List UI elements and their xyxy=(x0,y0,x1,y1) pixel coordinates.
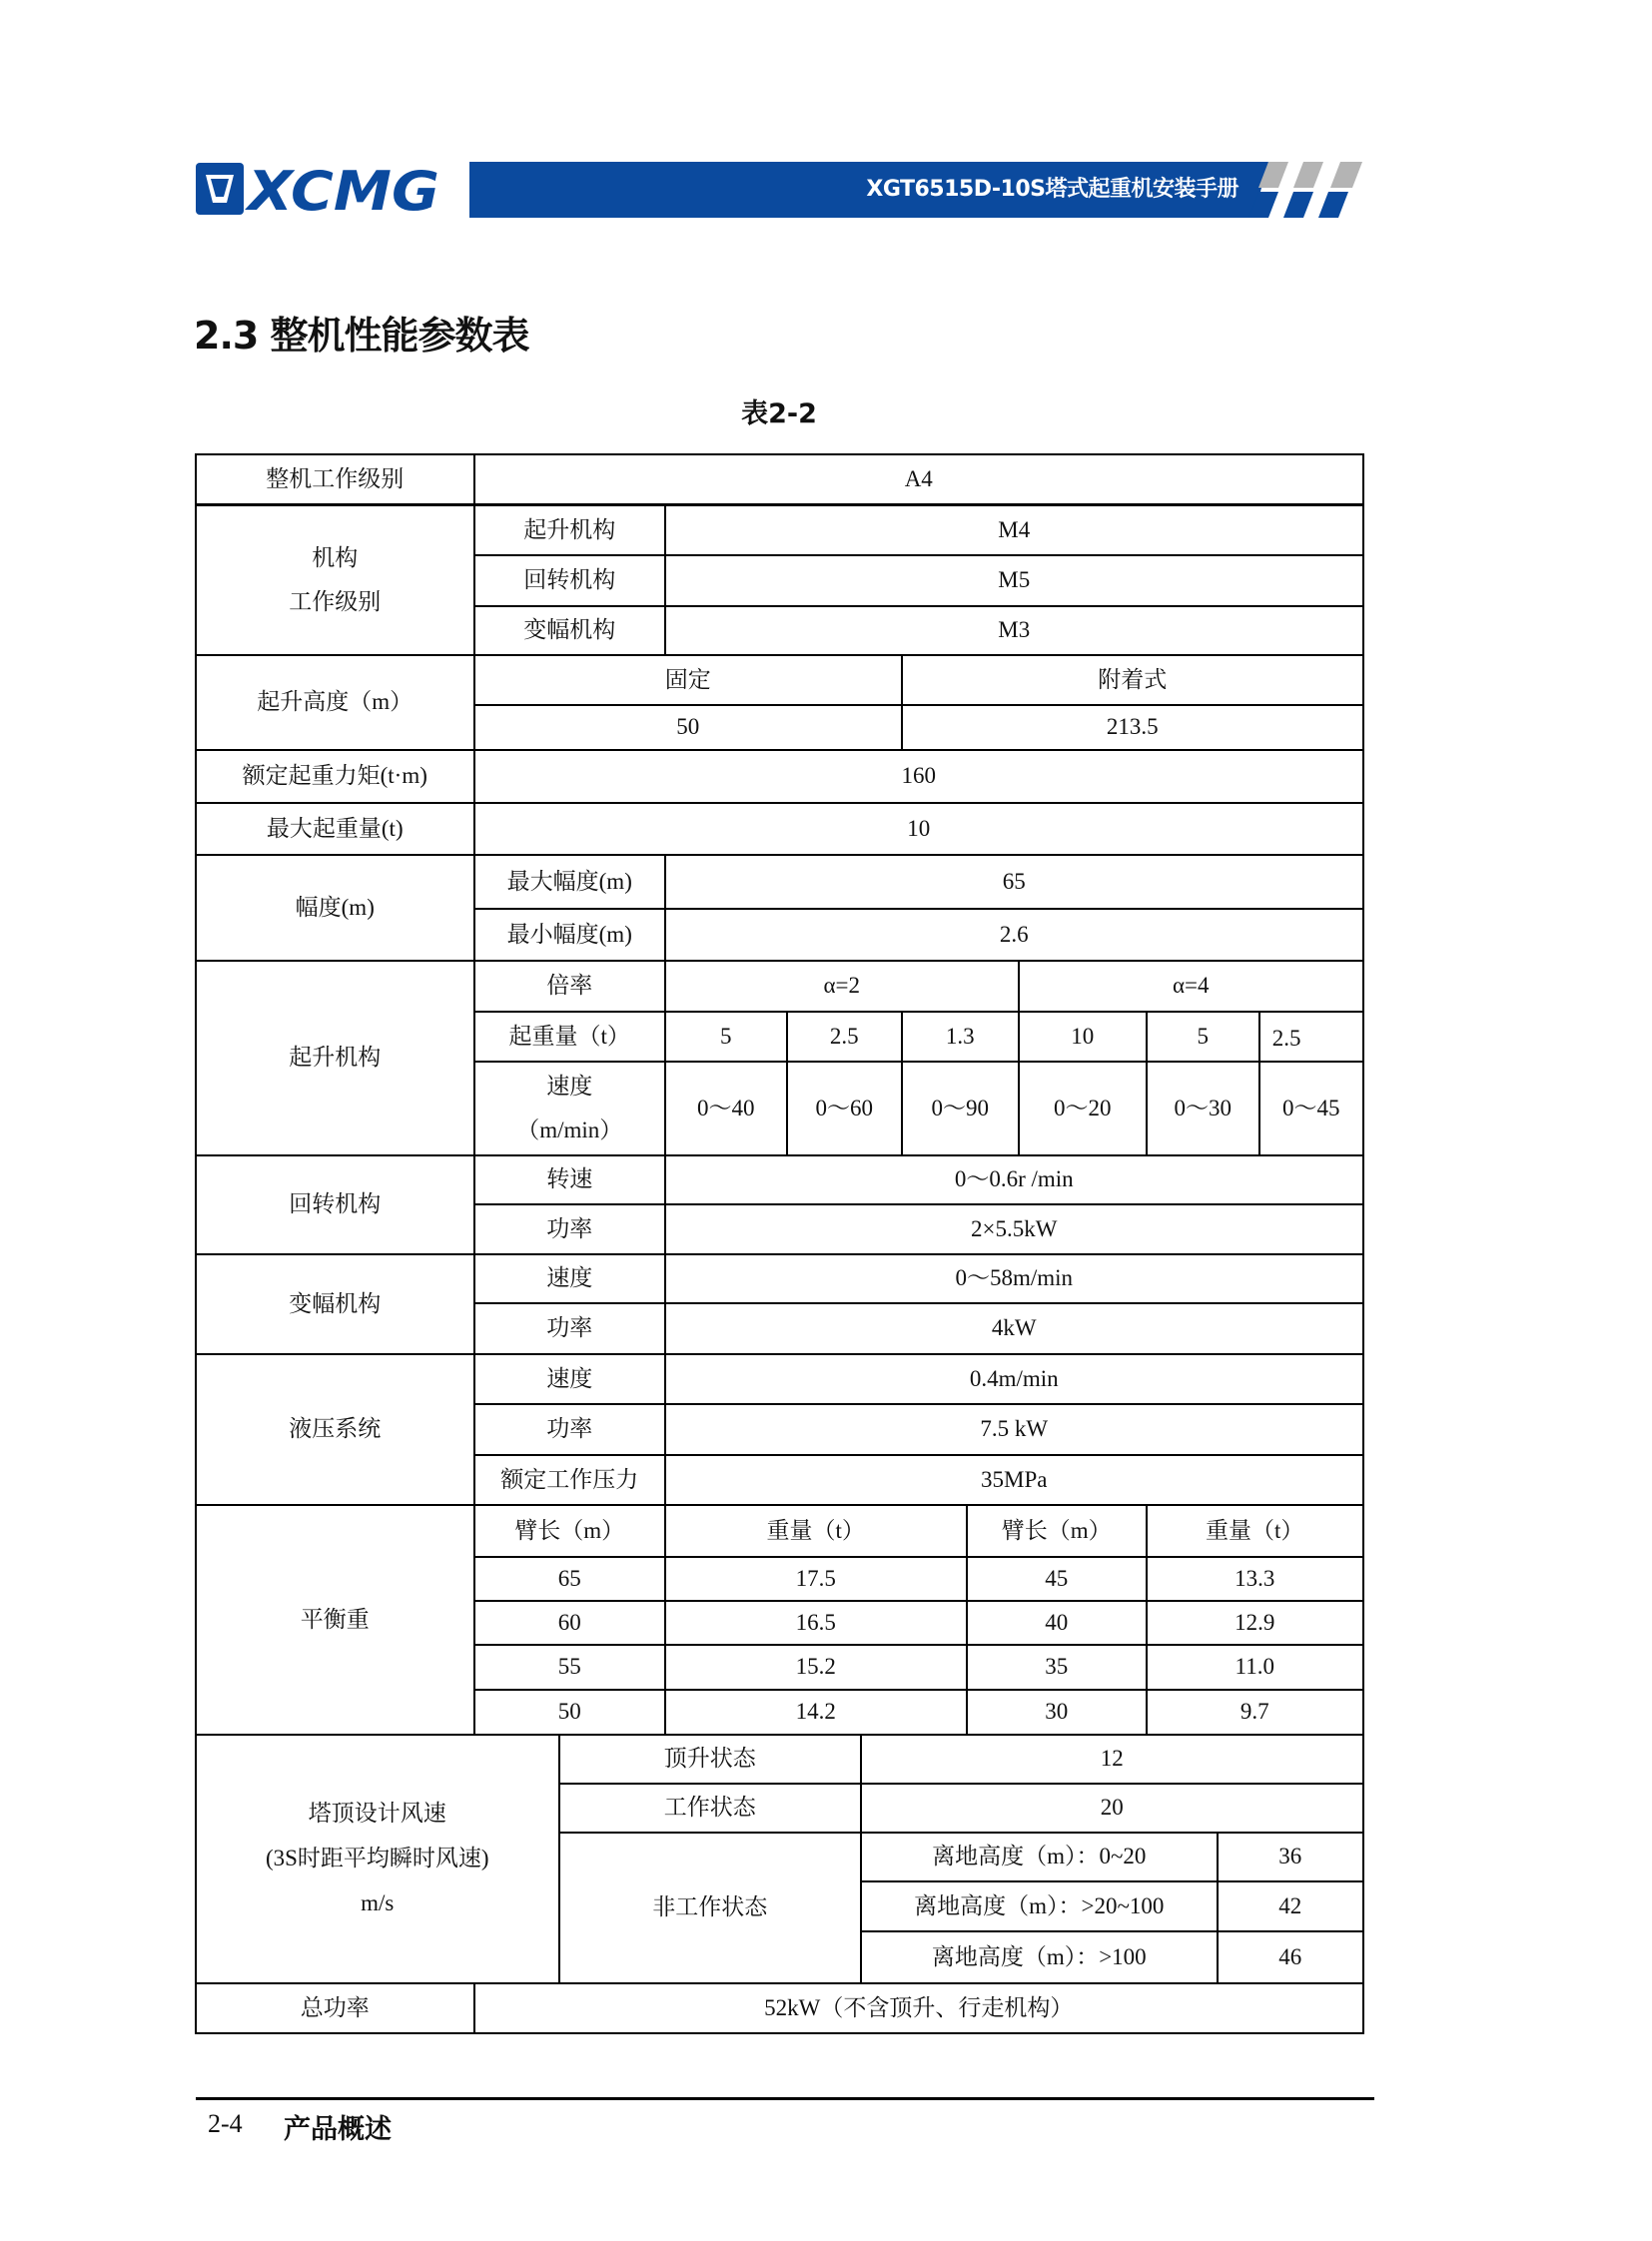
min-radius-value: 2.6 xyxy=(664,908,1364,962)
section-title: 2.3 整机性能参数表 xyxy=(194,305,529,360)
radius-label: 幅度(m) xyxy=(195,854,475,962)
mechanism-class-label: 机构 工作级别 xyxy=(195,504,475,656)
lift-height-fixed-value: 50 xyxy=(473,704,903,751)
wind-jacking-value: 12 xyxy=(860,1734,1364,1785)
hydraulic-pressure-label: 额定工作压力 xyxy=(473,1454,666,1506)
reeving-2: α=2 xyxy=(664,960,1020,1013)
wind-speed-label: 塔顶设计风速 (3S时距平均瞬时风速) m/s xyxy=(195,1734,560,1984)
counterweight-cell: 55 xyxy=(473,1644,666,1691)
footer-rule xyxy=(196,2097,1374,2100)
max-radius-label: 最大幅度(m) xyxy=(473,854,666,910)
hoist-load-cell: 5 xyxy=(664,1011,788,1063)
counterweight-cell: 9.7 xyxy=(1146,1689,1364,1736)
luffing-power-label: 功率 xyxy=(473,1302,666,1355)
hoist-speed-cell: 0～60 xyxy=(786,1061,903,1156)
hoist-speed-cell: 0～40 xyxy=(664,1061,788,1156)
reeving-label: 倍率 xyxy=(473,960,666,1013)
mechanism-luff-label: 变幅机构 xyxy=(473,605,666,656)
total-power-value: 52kW（不含顶升、行走机构） xyxy=(473,1982,1364,2034)
wind-working-value: 20 xyxy=(860,1783,1364,1834)
counterweight-cell: 35 xyxy=(966,1644,1148,1691)
max-load-label: 最大起重量(t) xyxy=(195,802,475,856)
hoist-load-cell: 10 xyxy=(1018,1011,1148,1063)
header-stripes xyxy=(1248,160,1368,220)
hydraulic-power-label: 功率 xyxy=(473,1403,666,1456)
chapter-label: 产品概述 xyxy=(284,2107,392,2146)
mechanism-hoist-label: 起升机构 xyxy=(473,504,666,556)
hydraulic-pressure-value: 35MPa xyxy=(664,1454,1364,1506)
hoist-label: 起升机构 xyxy=(195,960,475,1156)
wind-working-label: 工作状态 xyxy=(558,1783,862,1834)
hoist-speed-label: 速度 （m/min） xyxy=(473,1061,666,1156)
hydraulic-power-value: 7.5 kW xyxy=(664,1403,1364,1456)
hydraulic-speed-label: 速度 xyxy=(473,1353,666,1405)
rated-moment-value: 160 xyxy=(473,749,1364,804)
counterweight-header: 重量（t） xyxy=(664,1504,968,1558)
max-radius-value: 65 xyxy=(664,854,1364,910)
min-radius-label: 最小幅度(m) xyxy=(473,908,666,962)
slewing-power-label: 功率 xyxy=(473,1203,666,1255)
xcmg-logo: XCMG xyxy=(196,163,442,215)
max-load-value: 10 xyxy=(473,802,1364,856)
lift-height-attached-label: 附着式 xyxy=(901,654,1364,706)
counterweight-label: 平衡重 xyxy=(195,1504,475,1736)
machine-class-label: 整机工作级别 xyxy=(195,453,475,505)
hoist-speed-cell: 0～20 xyxy=(1018,1061,1148,1156)
luffing-power-value: 4kW xyxy=(664,1302,1364,1355)
slewing-speed-value: 0～0.6r /min xyxy=(664,1154,1364,1205)
counterweight-cell: 15.2 xyxy=(664,1644,968,1691)
wind-nonworking-value: 36 xyxy=(1217,1832,1364,1882)
lift-height-label: 起升高度（m） xyxy=(195,654,475,751)
machine-class-value: A4 xyxy=(473,453,1364,505)
page-number: 2-4 xyxy=(208,2109,243,2139)
rated-moment-label: 额定起重力矩(t·m) xyxy=(195,749,475,804)
wind-nonworking-height: 离地高度（m）：>100 xyxy=(860,1930,1219,1984)
counterweight-header: 重量（t） xyxy=(1146,1504,1364,1558)
slewing-label: 回转机构 xyxy=(195,1154,475,1255)
lift-height-fixed-label: 固定 xyxy=(473,654,903,706)
hoist-speed-cell: 0～90 xyxy=(901,1061,1020,1156)
luffing-speed-value: 0～58m/min xyxy=(664,1253,1364,1304)
mechanism-luff-value: M3 xyxy=(664,605,1364,656)
counterweight-cell: 16.5 xyxy=(664,1600,968,1646)
counterweight-cell: 14.2 xyxy=(664,1689,968,1736)
counterweight-cell: 30 xyxy=(966,1689,1148,1736)
hoist-load-cell: 5 xyxy=(1146,1011,1260,1063)
wind-nonworking-height: 离地高度（m）：>20~100 xyxy=(860,1880,1219,1932)
hydraulic-speed-value: 0.4m/min xyxy=(664,1353,1364,1405)
counterweight-cell: 45 xyxy=(966,1556,1148,1602)
wind-nonworking-value: 46 xyxy=(1217,1930,1364,1984)
table-caption: 表2-2 xyxy=(699,391,859,430)
luffing-label: 变幅机构 xyxy=(195,1253,475,1355)
counterweight-cell: 12.9 xyxy=(1146,1600,1364,1646)
mechanism-hoist-value: M4 xyxy=(664,504,1364,556)
hoist-load-cell: 2.5 xyxy=(1258,1011,1364,1063)
luffing-speed-label: 速度 xyxy=(473,1253,666,1304)
total-power-label: 总功率 xyxy=(195,1982,475,2034)
hoist-speed-cell: 0～45 xyxy=(1258,1061,1364,1156)
counterweight-cell: 60 xyxy=(473,1600,666,1646)
counterweight-cell: 17.5 xyxy=(664,1556,968,1602)
counterweight-cell: 40 xyxy=(966,1600,1148,1646)
hoist-speed-cell: 0～30 xyxy=(1146,1061,1260,1156)
svg-text:XCMG: XCMG xyxy=(245,163,439,215)
counterweight-cell: 11.0 xyxy=(1146,1644,1364,1691)
hoist-load-cell: 2.5 xyxy=(786,1011,903,1063)
counterweight-header: 臂长（m） xyxy=(473,1504,666,1558)
slewing-speed-label: 转速 xyxy=(473,1154,666,1205)
wind-jacking-label: 顶升状态 xyxy=(558,1734,862,1785)
manual-title: XGT6515D-10S塔式起重机安装手册 xyxy=(469,162,1239,218)
lift-height-attached-value: 213.5 xyxy=(901,704,1364,751)
mechanism-slew-label: 回转机构 xyxy=(473,554,666,607)
wind-nonworking-height: 离地高度（m）：0~20 xyxy=(860,1832,1219,1882)
reeving-4: α=4 xyxy=(1018,960,1364,1013)
counterweight-cell: 65 xyxy=(473,1556,666,1602)
counterweight-cell: 50 xyxy=(473,1689,666,1736)
hoist-load-label: 起重量（t） xyxy=(473,1011,666,1063)
hoist-load-cell: 1.3 xyxy=(901,1011,1020,1063)
hydraulic-label: 液压系统 xyxy=(195,1353,475,1506)
counterweight-cell: 13.3 xyxy=(1146,1556,1364,1602)
wind-nonworking-value: 42 xyxy=(1217,1880,1364,1932)
mechanism-slew-value: M5 xyxy=(664,554,1364,607)
slewing-power-value: 2×5.5kW xyxy=(664,1203,1364,1255)
counterweight-header: 臂长（m） xyxy=(966,1504,1148,1558)
wind-nonworking-label: 非工作状态 xyxy=(558,1832,862,1984)
